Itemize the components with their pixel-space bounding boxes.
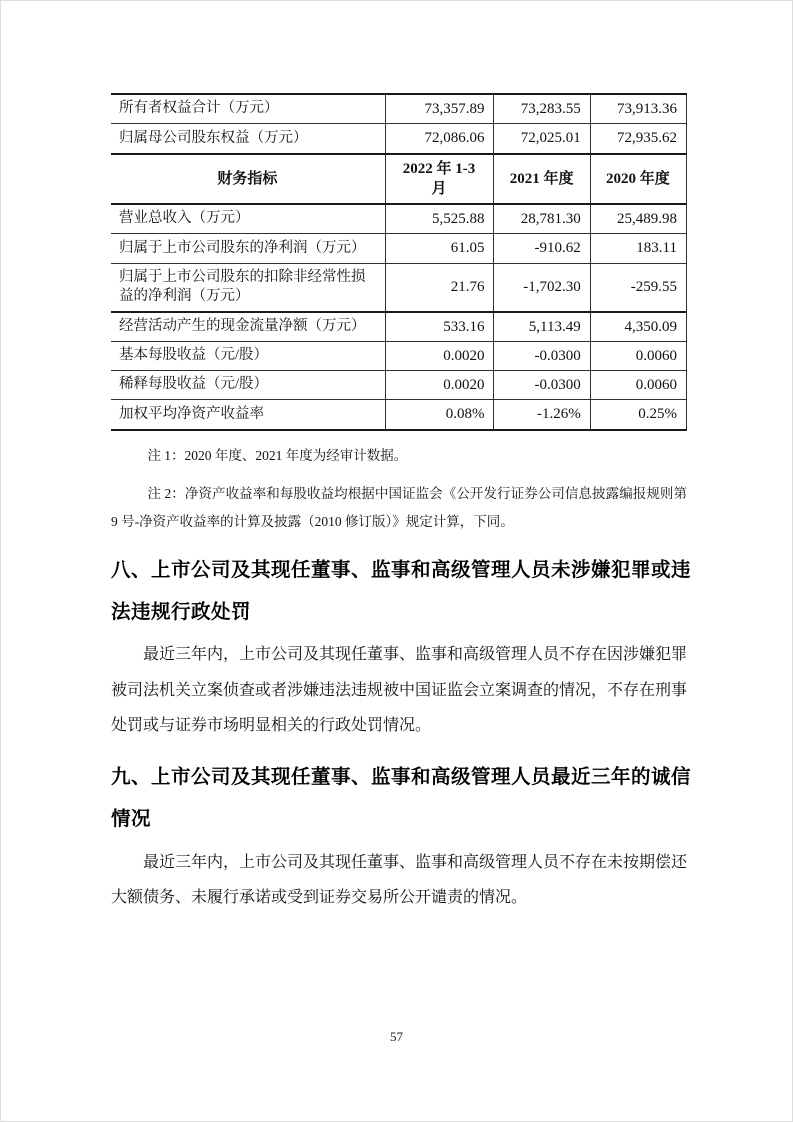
table-cell-value: -0.0300 <box>494 371 590 400</box>
table-cell-value: 0.0060 <box>590 341 686 370</box>
table-cell-value: 0.08% <box>385 400 494 430</box>
table-cell-value: 72,935.62 <box>590 124 686 154</box>
table-row-label: 归属母公司股东权益（万元） <box>111 124 385 154</box>
section-9-paragraph: 最近三年内，上市公司及其现任董事、监事和高级管理人员不存在未按期偿还大额债务、未… <box>111 845 687 915</box>
table-cell-value: -259.55 <box>590 263 686 312</box>
table-cell-value: 72,086.06 <box>385 124 494 154</box>
table-row-label: 经营活动产生的现金流量净额（万元） <box>111 312 385 342</box>
table-row: 稀释每股收益（元/股）0.0020-0.03000.0060 <box>111 371 687 400</box>
table-header-label: 财务指标 <box>111 154 385 205</box>
section-heading-8: 八、上市公司及其现任董事、监事和高级管理人员未涉嫌犯罪或违法违规行政处罚 <box>111 550 691 634</box>
table-cell-value: 21.76 <box>385 263 494 312</box>
table-cell-value: 0.0020 <box>385 371 494 400</box>
table-row: 所有者权益合计（万元）73,357.8973,283.5573,913.36 <box>111 94 687 124</box>
table-row-label: 归属于上市公司股东的扣除非经常性损益的净利润（万元） <box>111 263 385 312</box>
table-column-header: 2022 年 1-3 月 <box>385 154 494 205</box>
table-row: 归属于上市公司股东的净利润（万元）61.05-910.62183.11 <box>111 234 687 263</box>
table-column-header: 2021 年度 <box>494 154 590 205</box>
table-row: 营业总收入（万元）5,525.8828,781.3025,489.98 <box>111 204 687 234</box>
table-row-label: 基本每股收益（元/股） <box>111 341 385 370</box>
table-cell-value: -910.62 <box>494 234 590 263</box>
page-number: 57 <box>1 1029 792 1045</box>
table-row-label: 所有者权益合计（万元） <box>111 94 385 124</box>
table-cell-value: 61.05 <box>385 234 494 263</box>
table-row: 基本每股收益（元/股）0.0020-0.03000.0060 <box>111 341 687 370</box>
table-cell-value: -1.26% <box>494 400 590 430</box>
table-cell-value: -0.0300 <box>494 341 590 370</box>
table-cell-value: 533.16 <box>385 312 494 342</box>
table-cell-value: 4,350.09 <box>590 312 686 342</box>
table-row-label: 营业总收入（万元） <box>111 204 385 234</box>
table-cell-value: 25,489.98 <box>590 204 686 234</box>
section-heading-9: 九、上市公司及其现任董事、监事和高级管理人员最近三年的诚信情况 <box>111 757 691 841</box>
table-cell-value: 183.11 <box>590 234 686 263</box>
document-page: 所有者权益合计（万元）73,357.8973,283.5573,913.36归属… <box>0 0 793 1122</box>
table-row-label: 归属于上市公司股东的净利润（万元） <box>111 234 385 263</box>
section-8-paragraph: 最近三年内，上市公司及其现任董事、监事和高级管理人员不存在因涉嫌犯罪被司法机关立… <box>111 637 687 743</box>
note-2: 注 2：净资产收益率和每股收益均根据中国证监会《公开发行证券公司信息披露编报规则… <box>111 480 687 535</box>
financial-table-body: 所有者权益合计（万元）73,357.8973,283.5573,913.36归属… <box>111 94 687 430</box>
table-row: 归属母公司股东权益（万元）72,086.0672,025.0172,935.62 <box>111 124 687 154</box>
table-cell-value: 72,025.01 <box>494 124 590 154</box>
table-row-label: 稀释每股收益（元/股） <box>111 371 385 400</box>
note-1: 注 1：2020 年度、2021 年度为经审计数据。 <box>111 442 687 470</box>
table-cell-value: 73,283.55 <box>494 94 590 124</box>
table-row: 加权平均净资产收益率0.08%-1.26%0.25% <box>111 400 687 430</box>
table-row: 归属于上市公司股东的扣除非经常性损益的净利润（万元）21.76-1,702.30… <box>111 263 687 312</box>
table-cell-value: 73,913.36 <box>590 94 686 124</box>
table-cell-value: 0.25% <box>590 400 686 430</box>
table-cell-value: 28,781.30 <box>494 204 590 234</box>
table-cell-value: 5,113.49 <box>494 312 590 342</box>
table-cell-value: 5,525.88 <box>385 204 494 234</box>
table-cell-value: 0.0020 <box>385 341 494 370</box>
financial-indicators-table: 所有者权益合计（万元）73,357.8973,283.5573,913.36归属… <box>111 93 687 431</box>
table-cell-value: -1,702.30 <box>494 263 590 312</box>
table-header-row: 财务指标2022 年 1-3 月2021 年度2020 年度 <box>111 154 687 205</box>
table-row: 经营活动产生的现金流量净额（万元）533.165,113.494,350.09 <box>111 312 687 342</box>
table-cell-value: 0.0060 <box>590 371 686 400</box>
table-row-label: 加权平均净资产收益率 <box>111 400 385 430</box>
table-cell-value: 73,357.89 <box>385 94 494 124</box>
table-column-header: 2020 年度 <box>590 154 686 205</box>
